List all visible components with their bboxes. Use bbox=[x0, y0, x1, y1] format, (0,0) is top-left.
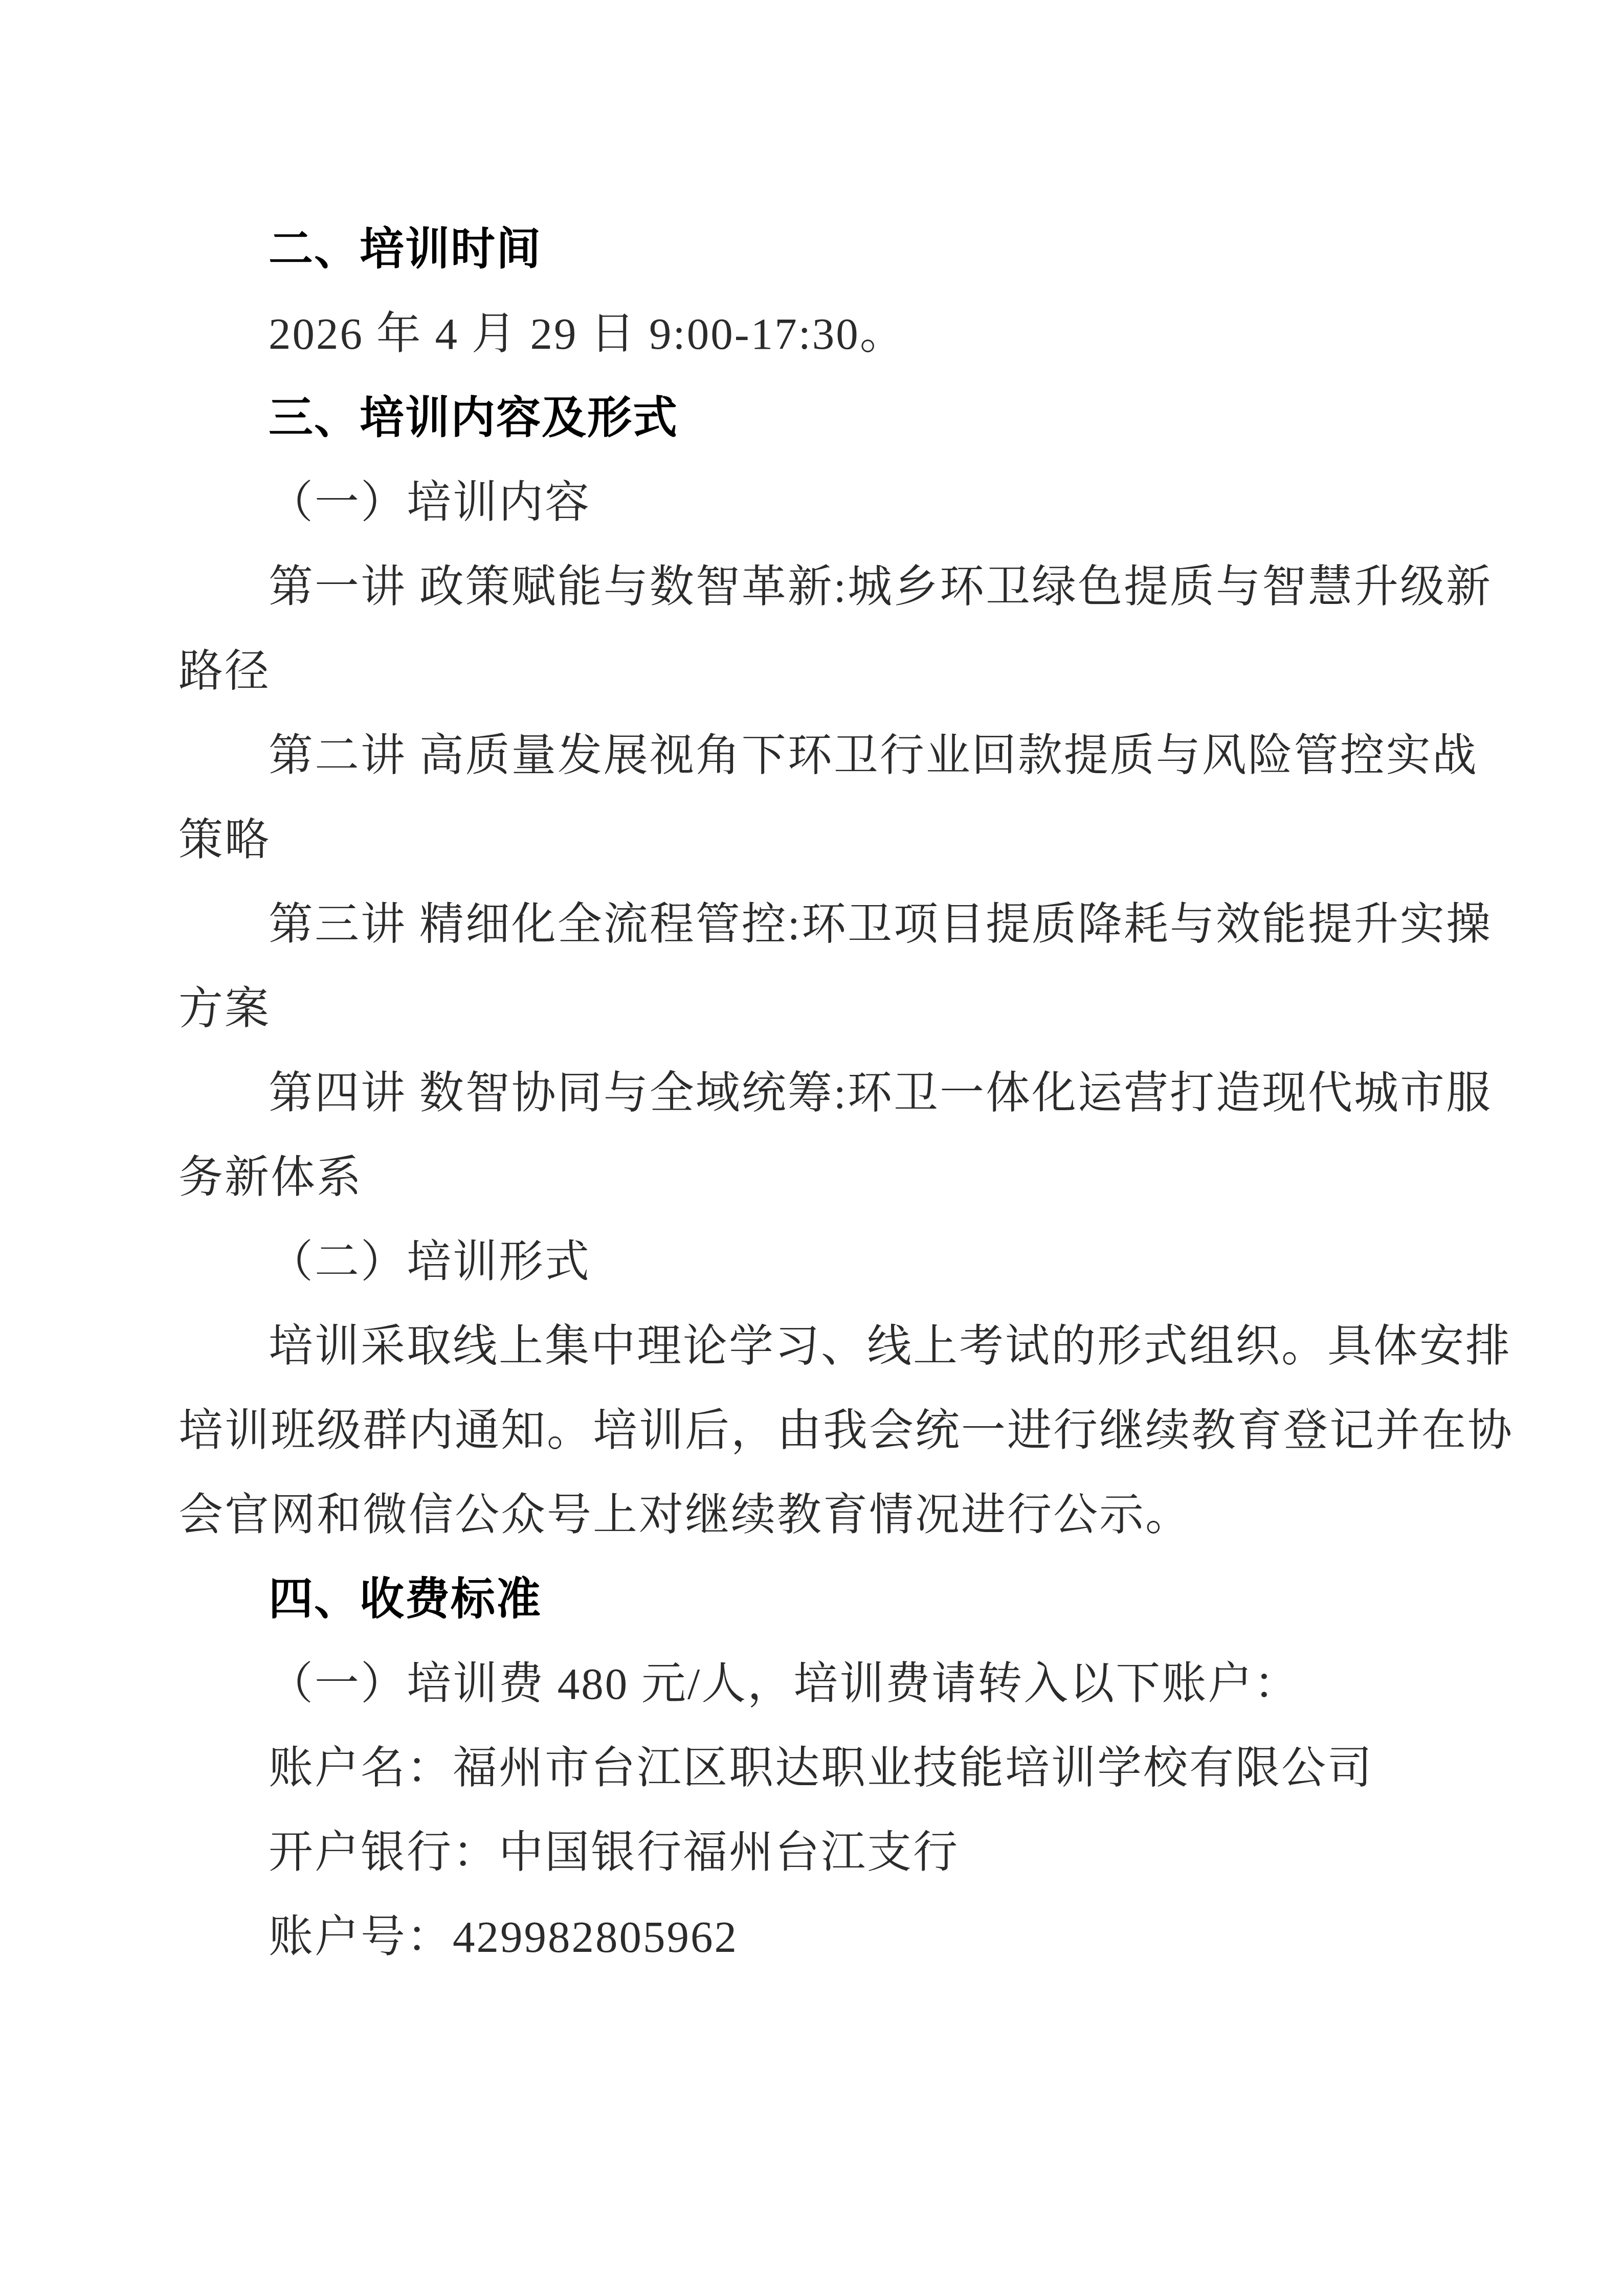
body-text-line: 开户银行：中国银行福州台江支行 bbox=[179, 1810, 1454, 1895]
body-text-line: 账户号：429982805962 bbox=[179, 1895, 1454, 1979]
body-text-line: 第一讲 政策赋能与数智革新:城乡环卫绿色提质与智慧升级新 bbox=[179, 545, 1454, 629]
body-text-line: 账户名：福州市台江区职达职业技能培训学校有限公司 bbox=[179, 1726, 1454, 1810]
document-content: 二、培训时间2026 年 4 月 29 日 9:00-17:30。三、培训内容及… bbox=[179, 207, 1454, 1979]
body-text-line: 培训班级群内通知。培训后，由我会统一进行继续教育登记并在协 bbox=[179, 1388, 1454, 1473]
body-text-line: 务新体系 bbox=[179, 1135, 1454, 1220]
body-text-line: （一）培训费 480 元/人，培训费请转入以下账户： bbox=[179, 1641, 1454, 1726]
body-text-line: 第四讲 数智协同与全域统筹:环卫一体化运营打造现代城市服 bbox=[179, 1051, 1454, 1135]
body-text-line: 2026 年 4 月 29 日 9:00-17:30。 bbox=[179, 291, 1454, 376]
body-text-line: 培训采取线上集中理论学习、线上考试的形式组织。具体安排 bbox=[179, 1304, 1454, 1388]
body-text-line: 路径 bbox=[179, 629, 1454, 713]
section-heading: 四、收费标准 bbox=[179, 1557, 1454, 1641]
body-text-line: （二）培训形式 bbox=[179, 1220, 1454, 1304]
body-text-line: 会官网和微信公众号上对继续教育情况进行公示。 bbox=[179, 1473, 1454, 1557]
body-text-line: 第三讲 精细化全流程管控:环卫项目提质降耗与效能提升实操 bbox=[179, 882, 1454, 966]
section-heading: 二、培训时间 bbox=[179, 207, 1454, 291]
document-page: 二、培训时间2026 年 4 月 29 日 9:00-17:30。三、培训内容及… bbox=[0, 0, 1624, 2296]
body-text-line: 方案 bbox=[179, 966, 1454, 1051]
body-text-line: 第二讲 高质量发展视角下环卫行业回款提质与风险管控实战 bbox=[179, 713, 1454, 798]
section-heading: 三、培训内容及形式 bbox=[179, 376, 1454, 460]
body-text-line: （一）培训内容 bbox=[179, 460, 1454, 545]
body-text-line: 策略 bbox=[179, 798, 1454, 882]
